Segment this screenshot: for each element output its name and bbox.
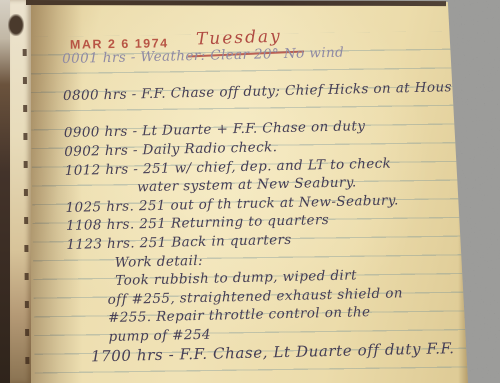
logbook-photo: MAR 2 6 1974 Tuesday 0001 hrs - Weather:… <box>0 0 500 383</box>
page-content: MAR 2 6 1974 Tuesday 0001 hrs - Weather:… <box>0 0 500 383</box>
log-entries: 0001 hrs - Weather: Clear 20° No wind 08… <box>62 41 467 366</box>
